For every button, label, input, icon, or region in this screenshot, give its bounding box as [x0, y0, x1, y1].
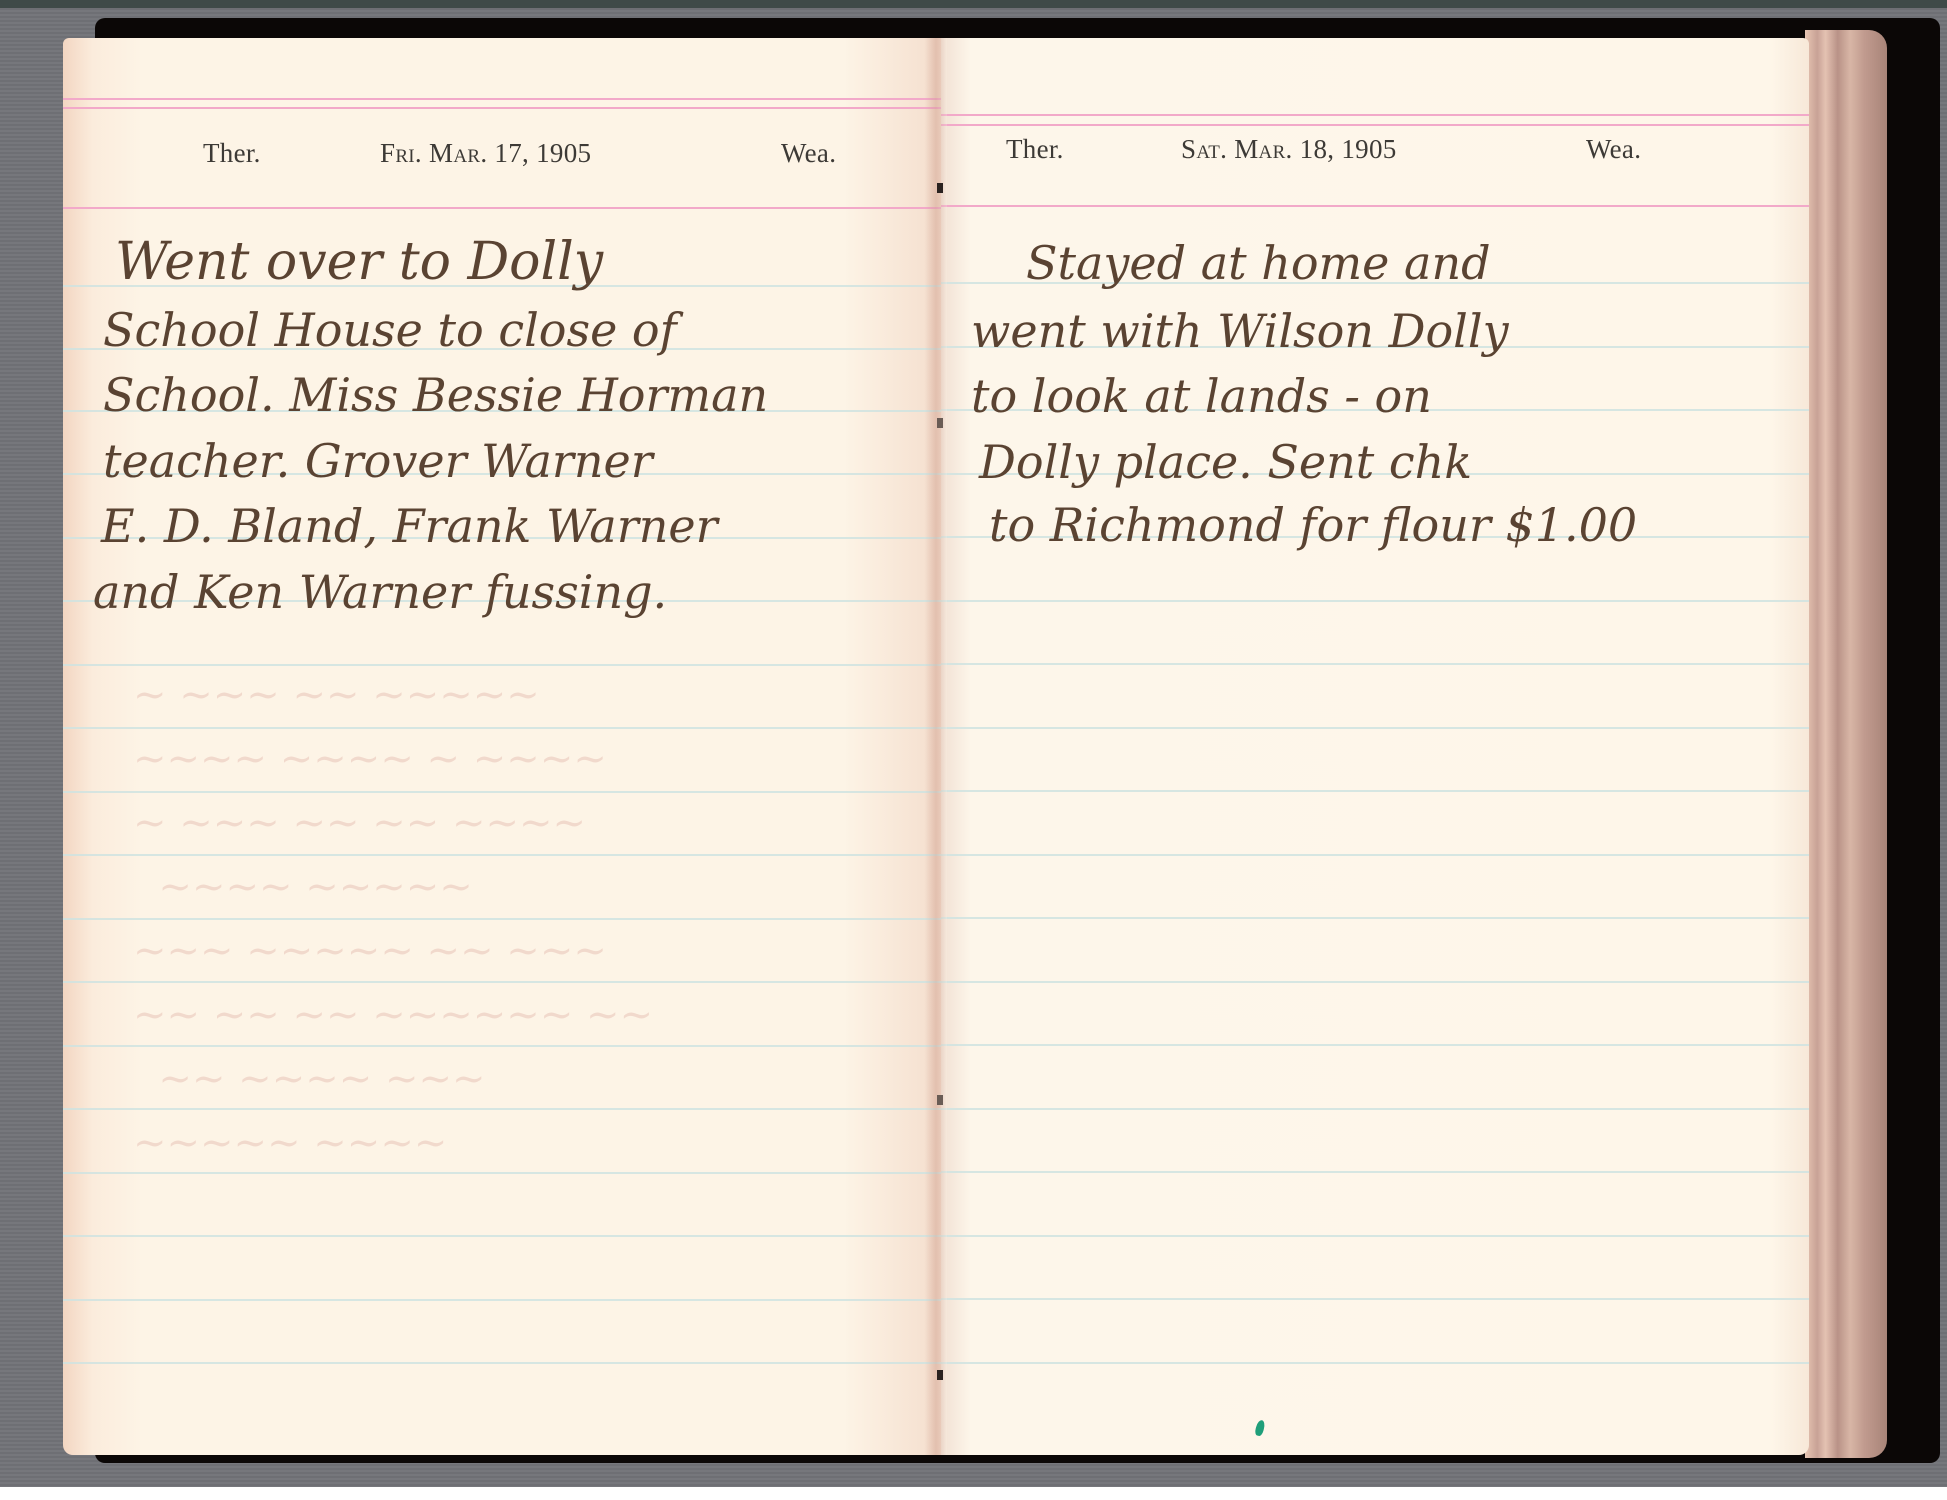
entry-date: Fri. Mar. 17, 1905: [380, 138, 591, 169]
ruled-line: [941, 1044, 1809, 1046]
binding-stitch: [937, 1095, 943, 1105]
header-rule-top-2: [63, 107, 941, 109]
left-page: Ther. Fri. Mar. 17, 1905 Wea. ~ ~~~ ~~ ~…: [63, 38, 941, 1455]
right-page: Ther. Sat. Mar. 18, 1905 Wea. Stayed at …: [941, 38, 1809, 1455]
ruled-line: [941, 1235, 1809, 1237]
ruled-line: [941, 1171, 1809, 1173]
ruled-line: [941, 727, 1809, 729]
entry-line: to look at lands - on: [971, 365, 1809, 429]
ruled-line: [941, 854, 1809, 856]
entry-line: Went over to Dolly: [115, 231, 941, 295]
ruled-line: [941, 1362, 1809, 1364]
header-rule-top: [63, 98, 941, 100]
ruled-line: [941, 917, 1809, 919]
ruled-line: [941, 790, 1809, 792]
entry-line: School. Miss Bessie Horman: [103, 364, 941, 428]
entry-line: and Ken Warner fussing.: [93, 561, 941, 625]
entry-line: Dolly place. Sent chk: [979, 431, 1809, 495]
weather-label: Wea.: [781, 138, 836, 169]
scan-top-edge: [0, 0, 1947, 8]
ruled-line: [941, 981, 1809, 983]
thermometer-label: Ther.: [1006, 134, 1064, 165]
ruled-line: [941, 600, 1809, 602]
binding-stitch: [937, 418, 943, 428]
header-rule-bottom: [941, 205, 1809, 207]
entry-line: Stayed at home and: [1026, 232, 1809, 296]
header-rule-top-2: [941, 124, 1809, 126]
binding-stitch: [937, 183, 943, 193]
left-entry: Went over to Dolly School House to close…: [63, 253, 941, 634]
left-page-header: Ther. Fri. Mar. 17, 1905 Wea.: [63, 138, 941, 188]
entry-date: Sat. Mar. 18, 1905: [1181, 134, 1397, 165]
ruled-line: [63, 1235, 941, 1237]
ruled-line: [941, 663, 1809, 665]
entry-line: School House to close of: [103, 299, 941, 363]
binding-stitch: [937, 1370, 943, 1380]
book-gutter: [925, 38, 947, 1455]
header-rule-bottom: [63, 207, 941, 209]
ruled-line: [63, 1299, 941, 1301]
bleed-through-ink: ~ ~~~ ~~ ~~~~~ ~~~~ ~~~~ ~ ~~~~ ~ ~~~ ~~…: [133, 663, 893, 1183]
weather-label: Wea.: [1586, 134, 1641, 165]
ruled-line: [941, 1298, 1809, 1300]
page-edges: [1805, 30, 1887, 1458]
right-entry: Stayed at home and went with Wilson Doll…: [941, 250, 1809, 568]
ruled-line: [941, 1108, 1809, 1110]
entry-line: went with Wilson Dolly: [971, 300, 1809, 364]
thermometer-label: Ther.: [203, 138, 261, 169]
ruled-line: [63, 1362, 941, 1364]
entry-line: E. D. Bland, Frank Warner: [101, 495, 941, 559]
entry-line: teacher. Grover Warner: [103, 430, 941, 494]
right-page-header: Ther. Sat. Mar. 18, 1905 Wea.: [941, 134, 1809, 184]
header-rule-top: [941, 114, 1809, 116]
entry-line: to Richmond for flour $1.00: [989, 494, 1809, 558]
